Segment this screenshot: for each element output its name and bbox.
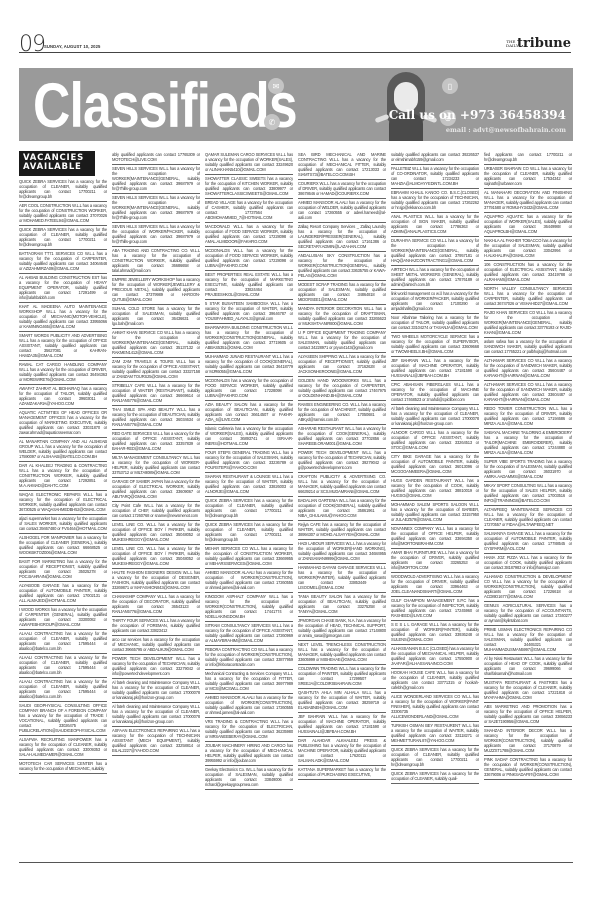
classified-ad: QUICK ZEBRA SERVICES has a vacancy for t… [391, 746, 479, 770]
classified-ad: KHAT AL MADEENA AUTO MAINTENANCE WORKSHO… [19, 303, 107, 332]
classified-ad: QAMAR SULEMAN CARGO SERVICES W.L.L has a… [205, 151, 293, 175]
classified-ad: GULF CHAMPION MANAGEMENT S.P.C has a vac… [391, 597, 479, 621]
column-1: QUICK ZEBRA SERVICES has a vacancy for t… [19, 178, 107, 774]
classified-ad: ALTHAMAR SERVICES CO W.L.L has a vacancy… [484, 381, 572, 405]
classified-ad: AQUAPRO AQUATIC has a vacancy for the oc… [484, 213, 572, 237]
contact-email[interactable]: email : advt@newsofbahrain.com [446, 126, 566, 134]
classified-ad: BREAD VILLAGE has a vacancy for the occu… [205, 199, 293, 223]
classified-ad: DAR AL KHALEEJ TRADING & CONTRACTING W.L… [19, 462, 107, 491]
vacancies-heading: VACANCIES AVAILABLE [19, 151, 95, 176]
classified-ad: aslam safwa has a vacancy for the occupa… [484, 338, 572, 357]
classified-ad: ALYASEEN SHIPPING W.L.L has a vacancy fo… [298, 353, 386, 377]
classified-ad: HUGS GARDEN RESTAURANT W.L.L has a vacan… [391, 477, 479, 501]
classified-ad: JBF BAHRAIN W.L.L has a vacancy for the … [298, 713, 386, 737]
classified-ad: Al fateh cleaning and Maintenance Compan… [112, 679, 200, 703]
classified-ad: AHMED MANSOOR ALAALI has a vacancy for t… [205, 694, 293, 718]
classified-ad: Mechanical Contracting & Services Compan… [205, 670, 293, 694]
classified-ad: arco car services has a vacancy for the … [112, 636, 200, 655]
classified-ad: KATTANA SUPERMARKET has a vacancy for th… [298, 766, 386, 780]
classified-ad: ALICE WONDERLAND SERVICES CO W.L.L has a… [391, 693, 479, 722]
classified-ad: ALTHAMAR SERVICES CO W.L.L has a vacancy… [484, 357, 572, 381]
classified-ad: link world management co w.l.l has a vac… [391, 290, 479, 314]
classified-ad: PALLETBIZ W.L.L has a vacancy for the oc… [391, 165, 479, 189]
masthead [19, 30, 271, 54]
classified-ad: HAMA JOZ PIZZA W.L.L has a vacancy for t… [484, 554, 572, 573]
classified-ad: AL MANAHARI DECORATION AND FINISHING W.L… [484, 189, 572, 213]
column-5: suitably qualified applicants can contac… [391, 151, 479, 784]
classified-ad: TWO WHEELS MOTORCYCLE SERVICE has a vaca… [391, 333, 479, 357]
classified-ad: SABAYAL MACHINE TAILORING & EMBROIDERY h… [484, 429, 572, 458]
classified-ad: THIRTY FOUR SERVICES W.L.L has a vacancy… [112, 617, 200, 636]
classified-ad: QUICK ZEBRA SERVICES has a vacancy for t… [19, 178, 107, 202]
classified-ad: URBASER BAHRAIN CO W.L.L has a vacancy f… [484, 165, 572, 189]
classified-ad: GARAGE OF SAMER JAPAN has a vacancy for … [112, 478, 200, 502]
classified-ad: MODEST SCRAP TRADING has a vacancy for t… [298, 281, 386, 305]
classified-ad: SALMANIYA GARAGE W.L.L has a vacancy for… [484, 530, 572, 554]
classified-ad: MILTA MANAGEMENT CONSULTANCY W.L.L has a… [112, 454, 200, 478]
classified-ad: BEST PROPERTIES REAL ESTATE W.L.L has a … [205, 271, 293, 300]
classified-ad: AWAFAT ZAHRAT AL BIDHAIRAQ has a vacancy… [19, 385, 107, 409]
classified-ad: Islamic Cafeteria has a vacancy for the … [205, 425, 293, 449]
classified-ad: AMAR BHAI FURNITURE W.L.L has a vacancy … [391, 549, 479, 573]
classified-ad: DURAHIYA SERVICE CO W.L.L has a vacancy … [391, 237, 479, 266]
classified-ad: Zallaq Resort Company Services _ Zallaq … [298, 223, 386, 252]
classified-ad: AL AHBAB BUILDING CONSTRUCTION EST has a… [19, 274, 107, 303]
column-4: SEA BIRD MECHANICAL AND MARINE CONTRACTI… [298, 151, 386, 780]
classified-ad: ably qualified applicants can contact 17… [112, 151, 200, 165]
classified-ad: AHMAT KHAN SERVICE CO W.L.L has a vacanc… [112, 329, 200, 358]
classified-ad: ALYABOOB GARAGE has a vacancy for the oc… [19, 582, 107, 606]
classified-ad: ALNOOR CARGO W.L.L has a vacancy for the… [391, 429, 479, 453]
classified-ad: FEBORA CONTRACTING CO W.L.L has a vacanc… [205, 646, 293, 670]
classified-ad: CHAMASHIP COMPANY W.L.L has a vacancy fo… [112, 593, 200, 617]
classified-ad: SMART WORDS PUBLICITY AND ADVERTISING W.… [19, 332, 107, 361]
classified-ad: CPIC ABAHSAIN FIBERGLASS W.L.L has a vac… [391, 381, 479, 405]
classified-ad: EBRAHIM KHALIL KANOO CO. B.S.C.(CLOSED) … [391, 189, 479, 213]
classified-ad: LEVEL LINE CO. W.L.L has a vacancy for t… [112, 521, 200, 545]
classified-ad: NAKHLA AL FAKHER TOBACCO has a vacancy f… [484, 237, 572, 261]
classified-ad: MCDONALDS has a vacancy for the occupati… [205, 377, 293, 401]
classified-ad: ALAALI CONTRACTING has a vacancy for the… [19, 630, 107, 654]
classified-ad: REDO TOWER CONSTRUCTION W.L.L has a vaca… [484, 405, 572, 429]
classified-ad: suitably qualified applicants can contac… [391, 151, 479, 165]
classifieds-banner: Classifieds ✉ ✆ ▯ ⊕ Call us on +973 3645… [19, 68, 573, 141]
logo-prefix: THE DAILY [506, 40, 516, 48]
classified-ad: MACDONALD W.L.L has a vacancy for the oc… [205, 223, 293, 247]
classified-ad: COLDWINN TRADING W.L.L has a vacancy for… [298, 665, 386, 689]
vacancies-heading-line2: AVAILABLE [23, 163, 95, 172]
classified-ad: Rejiya CAFE has a vacancy for the occupa… [298, 521, 386, 540]
classified-ad: ALAALI CONTRACTING has a vacancy for the… [19, 678, 107, 702]
classified-ad: Al fateh cleaning and Maintenance Compan… [391, 405, 479, 429]
classified-ad: ABA TRADING AND CONTRACTING CO. W.L.L ha… [112, 247, 200, 276]
classified-ad: MUHAMMAD JUNAID RESTAURANT W.L.L has a v… [205, 353, 293, 377]
classified-ad: MEHAR SERVICES CO W.L.L has a vacancy fo… [205, 545, 293, 569]
classified-ad: JPMORGAN CHASE BANK, N.A. has a vacancy … [298, 617, 386, 641]
classified-ad: MIKAY SPORT CONSULTING W.L.L has a vacan… [484, 482, 572, 506]
classified-ad: NEXT LEVEL TRENCHLESS CONSTRUCTION W.L.L… [298, 641, 386, 665]
classified-ad: VRS TRADING & CONTRACTING W.L.L has a va… [205, 718, 293, 742]
classified-ad: I WOOD WORKS has a vacancy for the occup… [19, 606, 107, 630]
classified-ad: CITY BIKE GARAGE has a vacancy for the o… [391, 453, 479, 477]
classified-ad: MCDONALDS W.L.L has a vacancy for the oc… [205, 247, 293, 271]
classified-ad: PRIME USMAN ELECTRONICS REPAIRING CO W.L… [484, 626, 572, 655]
mail-icon: ✉ [268, 78, 284, 94]
classified-ad: Al fateh cleaning and Maintenance Compan… [112, 703, 200, 727]
classified-ad: SHAHZAD INTERIOR DECOR W.L.L has a vacan… [484, 727, 572, 756]
classified-ad: QUICK ZEBRA SERVICES has a vacancy for t… [19, 226, 107, 250]
classified-ad: NORTH VALLEY CONSULTANCY SERVICES W.L.L … [484, 285, 572, 309]
classified-ad: QUICK ZEBRA SERVICES has a vacancy for t… [205, 497, 293, 521]
classified-ad: PINK SADAF CONTRACTING has a vacancy for… [484, 756, 572, 780]
logo-text: tribune [517, 36, 571, 51]
classified-ad: MOHAMMAD SALEM SPORTS SALOON W.L.L has a… [391, 501, 479, 525]
call-number[interactable]: Call us on +973 36458394 [389, 108, 566, 122]
classified-ad: RAMSIS ENGINEERING CO. W.L.L has a vacan… [298, 401, 386, 425]
classified-ad: AHMED MANSOOR ALAALI has a vacancy for t… [205, 569, 293, 593]
classified-ad: MANDYA INTERIOR DECORATION W.L.L has a v… [298, 305, 386, 329]
classified-ad: SUPER VIBE SPORTS TRADING has a vacancy … [484, 458, 572, 482]
classified-ad: Al by Nissi Restaurant W.L.L has a vacan… [484, 655, 572, 679]
classified-ad: RAJID KHAN SERVICES CO W.L.L has a vacan… [484, 309, 572, 338]
classified-ad: ZAM ZAM TRAVELS & TOURS W.L.L has a vaca… [112, 358, 200, 382]
classified-ad: SEVEN HILLS SERVICES W.L.L has a vacancy… [112, 165, 200, 194]
mobile-icon: ▯ [442, 78, 458, 94]
classified-ad: 5 STAR BUSAITEEN SAMBOOSA W.L.L has a va… [205, 300, 293, 324]
classified-ad: MOTOTECH CAR SERVICES CENTER has a vacan… [19, 760, 107, 774]
classified-ad: SEA BIRD MECHANICAL AND MARINE CONTRACTI… [298, 151, 386, 180]
classified-ad: City Point Cafe W.L.L has a vacancy for … [112, 502, 200, 521]
column-2: ably qualified applicants can contact 17… [112, 151, 200, 756]
classified-ad: POWER TECH DEVELOPMENT W.L.L has a vacan… [298, 449, 386, 473]
classified-ad: AZIA BEAUTY SALON has a vacancy for the … [205, 401, 293, 425]
classified-ad: ASFAAN ELECTRONICS REPAIRING W.L.L has a… [112, 727, 200, 756]
classified-ad: aljazi supermarket has a vacancy for the… [19, 515, 107, 534]
classified-ad: TANIA BEAUTY SALON has a vacancy for the… [298, 593, 386, 617]
classified-ad: HADI LABOUR SERVICES W.L.L has a vacancy… [298, 540, 386, 564]
classified-ad: AQUATIC ACTIVITIES OF HEAD OFFICES OR MA… [19, 409, 107, 438]
classified-ad: WOODWOLD ADVERTISING W.L.L has a vacancy… [391, 573, 479, 597]
mascot-illustration [375, 72, 437, 141]
classified-ad: QUICK ZEBRA SERVICES has a vacancy for t… [391, 770, 479, 784]
classified-ad: Geekay Electronics Co. W.L.L has a vacan… [205, 766, 293, 790]
classified-ad: 106 CONSTRUCTION has a vacancy for the o… [484, 261, 572, 285]
classified-ad: CRAFTON PUBLICITY & ADVERTISING CO. W.L.… [298, 473, 386, 497]
classified-ad: GOLDEN HAND WOODWORKS W.L.L has a vacanc… [298, 377, 386, 401]
header-divider [19, 52, 571, 53]
classified-ad: U P OFFICE EQUIPMENT TRADING COMPANY W.L… [298, 329, 386, 353]
classified-ad: SUHAIL COLD STORE has a vacancy for the … [112, 305, 200, 329]
classified-ad: QASHTUTA AHLA MIN ALHALA W.L.L has a vac… [298, 689, 386, 713]
classifieds-columns: QUICK ZEBRA SERVICES has a vacancy for t… [19, 151, 573, 861]
classified-ad: JOUBAR MACHINERY HIRING AND CARGO has a … [205, 742, 293, 766]
classified-ad: KINGDOM ASPHALT COMPANY W.L.L has a vaca… [205, 593, 293, 622]
classified-ad: RED GATE SERVICES W.L.L has a vacancy fo… [112, 430, 200, 454]
classified-ad: QUICK ZEBRA SERVICES has a vacancy for t… [205, 521, 293, 545]
classified-ad: BADALIAN GARTENIA W.L.L has a vacancy fo… [298, 497, 386, 521]
classified-ad: SAUDI GEOPHYSICAL CONSULTING OFFICE COMP… [19, 702, 107, 736]
classified-ad: BASIT FOR MARKETING has a vacancy for th… [19, 558, 107, 582]
page-bottom-divider [19, 862, 573, 863]
classified-ad: GENIUS AGRICULTURAL SERVICES has a vacan… [484, 602, 572, 626]
classified-ad: HAUTE FASHION ESIGNERS DESIGN W.L.L has … [112, 569, 200, 593]
classified-ad: FOUR STEPS GENERAL TRADING W.L.L has a v… [205, 449, 293, 473]
classified-ad: STRIBELLY CAFE W.L.L has a vacancy for t… [112, 382, 200, 406]
classified-ad: ALAALI CONTRACTING has a vacancy for the… [19, 654, 107, 678]
classified-ad: COURIERX W.L.L has a vacancy for the occ… [298, 180, 386, 199]
classified-ad: HOOKAH HOUSE CAFE W.L.L has a vacancy fo… [391, 669, 479, 693]
page-number: 09 [19, 32, 45, 57]
classified-ad: ALTAWFEEQ MAINTENANCE SERVICES CO W.L.L … [484, 506, 572, 530]
classified-ad: MUSTAFA RESTAURANT & PASTRIES has a vaca… [484, 679, 572, 703]
classified-ad: SEVEN HILLS SERVICES W.L.L has a vacancy… [112, 194, 200, 223]
phone-icon: ✆ [264, 114, 280, 130]
classified-ad: BATTAORAM TT71 SERVICES CO W.L.L has a v… [19, 250, 107, 274]
classified-ad: BHARWARIYA BUILDING CONSTRUCTION W.L.L h… [205, 324, 293, 353]
classified-ad: SEVEN HILLS SERVICES W.L.L has a vacancy… [112, 223, 200, 247]
column-3: QAMAR SULEMAN CARGO SERVICES W.L.L has a… [205, 151, 293, 790]
classified-ad: HANIMAHAD DAYANI GARAGE SERVICES W.L.L h… [298, 564, 386, 593]
classified-ad: ALSAFWA RECRUITING MANPOWER has a vacanc… [19, 736, 107, 760]
classified-ad: ANDALUSIAN SKY CONSTRUCTION has a vacanc… [298, 252, 386, 281]
classified-ad: ASHARAB RESTAURANT W.L.L has a vacancy f… [298, 425, 386, 449]
classified-ad: SITRAM CONSULTANCY SERVICES W.L.L has a … [205, 622, 293, 646]
newspaper-logo[interactable]: THE DAILYtribune [506, 36, 571, 51]
classified-ad: THAI SMILE SPA AND BEAUTY W.L.L has a va… [112, 406, 200, 430]
classified-ad: NOVANNEX COMPANY W.L.L has a vacancy for… [391, 525, 479, 549]
classified-ad: AHMED MANSOOR ALAALI has a vacancy for t… [298, 199, 386, 223]
column-6: fied applicants can contact 17700211 or … [484, 151, 572, 780]
classified-ad: Noor Albahrae Tailoring has a vacancy fo… [391, 314, 479, 333]
classified-ad: SHOWATTER CLASSIC SWEETS has a vacancy f… [205, 175, 293, 199]
banner-title: Classifieds [33, 70, 297, 141]
classified-ad: fied applicants can contact 17700211 or … [484, 151, 572, 165]
classified-ad: AIRTECH W.L.L has a vacancy for the occu… [391, 266, 479, 290]
classified-ad: AL MANARTAIN COMPANY AND ALI ALSHEAB GRO… [19, 438, 107, 462]
classified-ad: DAR ALAHDAR ALKHALEEJ PRESS & PUBLISHING… [298, 737, 386, 766]
classified-ad: ABS MARKETING AND PROMOTION has a vacanc… [484, 703, 572, 727]
classified-ad: ALHAMAD CONSTRUCTION & DEVELOPMENT CO W.… [484, 573, 572, 602]
classified-ad: WAQAS ELECTRONIC REPAIRS W.L.L has a vac… [19, 491, 107, 515]
classified-ad: SHARAN RESTAURANT & LOUNGE W.L.L has a v… [205, 473, 293, 497]
classified-ad: S E S L L GARAGE W.L.L has a vacancy for… [391, 621, 479, 645]
classified-ad: ALHASSANAIN B.S.C (CLOSED) has a vacancy… [391, 645, 479, 669]
classified-ad: TURKISH OSMAN BEY RESTAURENT W.L.L has a… [391, 722, 479, 746]
classified-ad: ANAL PLASTICS W.L.L has a vacancy for th… [391, 213, 479, 237]
classified-ad: LEVEL LINE CO. W.L.L has a vacancy for t… [112, 545, 200, 569]
classified-ad: AER COOL CONSTRUCTION W.L.L has a vacanc… [19, 202, 107, 226]
issue-date: SUNDAY, AUGUST 10, 2025 [44, 44, 100, 49]
classified-ad: POWER TECH DEVELOPMENT W.L.L has a vacan… [112, 655, 200, 679]
classified-ad: ALSHOGEL FOR MANPOWER has a vacancy for … [19, 534, 107, 558]
classified-ad: RAWAL CAT CARGO HANDLING COMPANY W.L.L h… [19, 361, 107, 385]
classified-ad: JBF BAHRAIN W.L.L has a vacancy for the … [391, 357, 479, 381]
classified-ad: EMPIRE JEWELLERY WORKSHOP has a vacancy … [112, 276, 200, 305]
